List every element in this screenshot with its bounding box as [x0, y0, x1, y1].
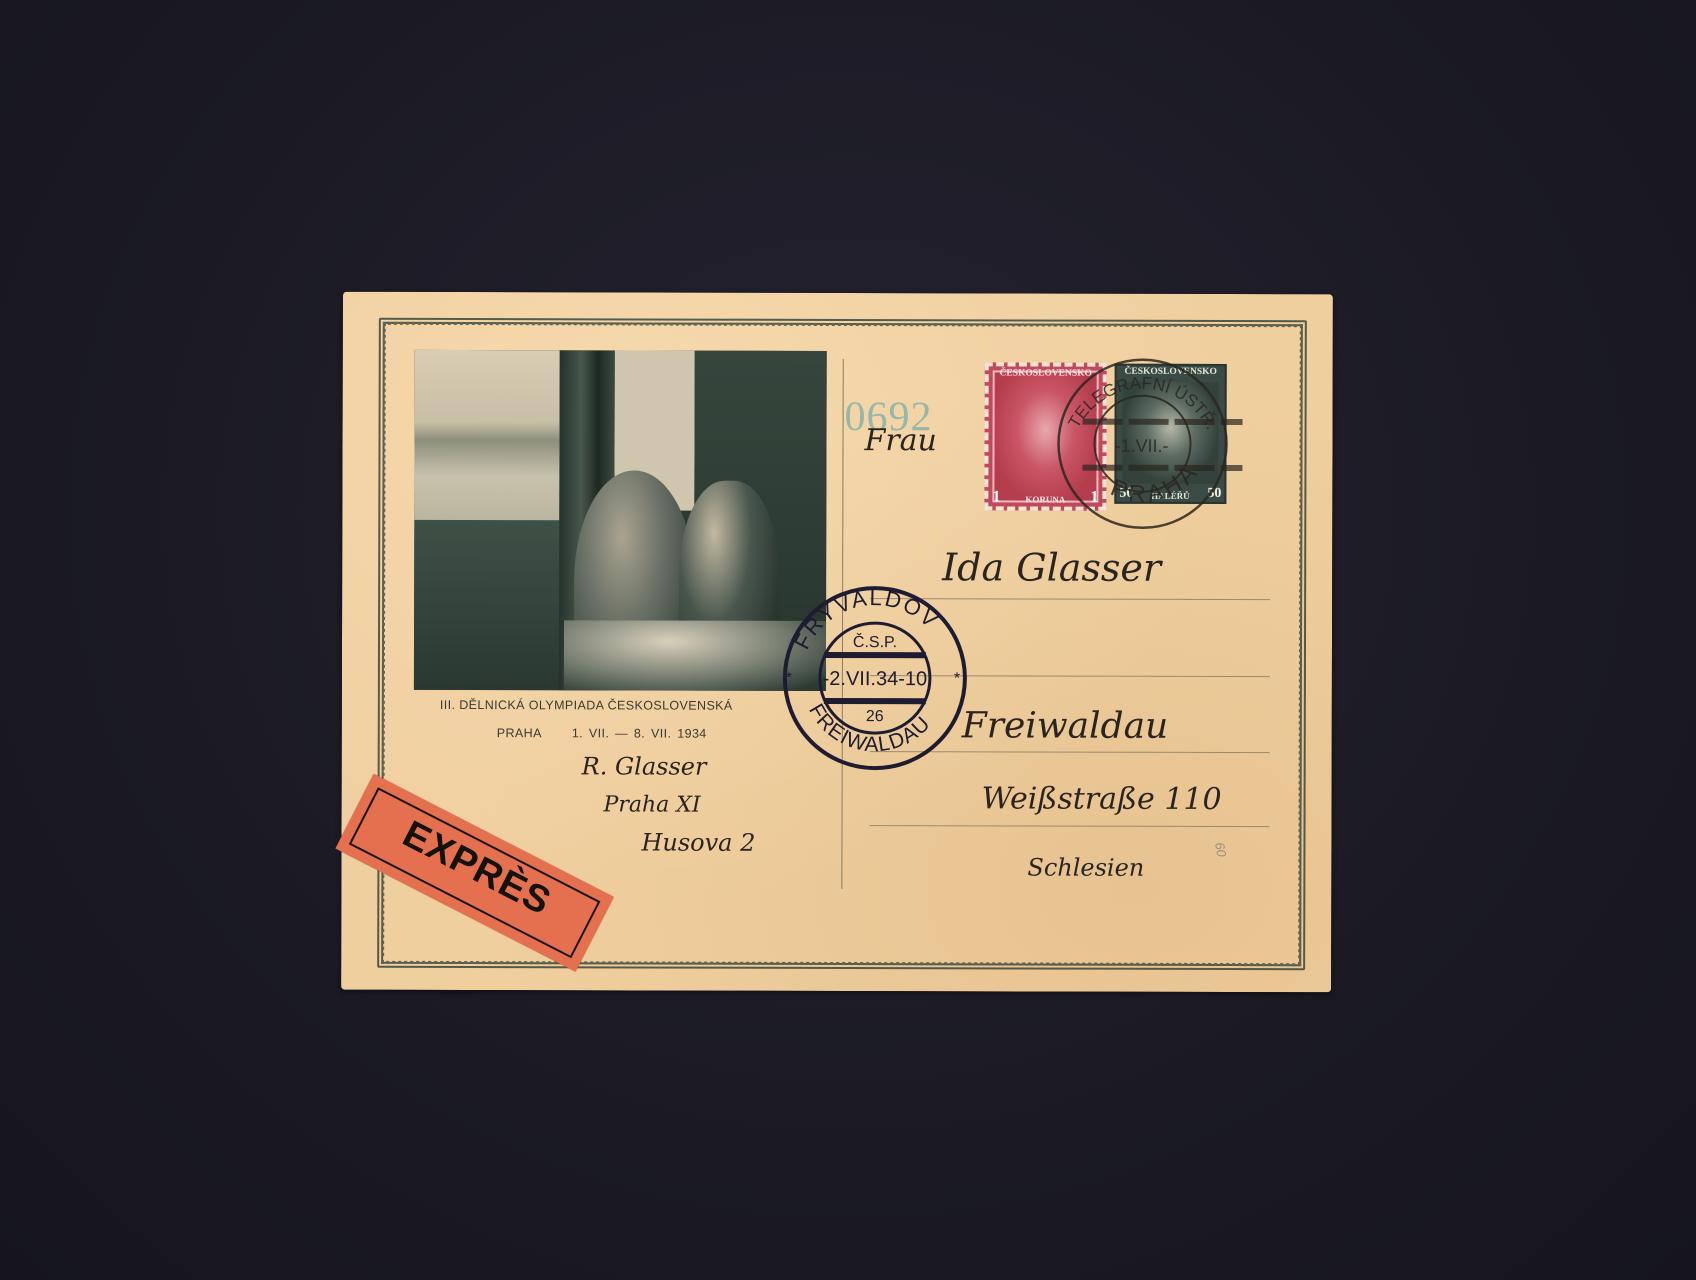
caption-city: PRAHA [497, 726, 542, 740]
recipient-region: Schlesien [1027, 853, 1144, 881]
stamp-1-koruna: ČESKOSLOVENSKO 1 KORUNA 1 [984, 362, 1106, 510]
stamp-50-haleru: ČESKOSLOVENSKO 50 HALÉŘŮ 50 [1114, 364, 1226, 504]
sender-city: Praha XI [604, 792, 701, 817]
pencil-note: 60 [1212, 841, 1229, 858]
recipient-street: Weißstraße 110 [982, 781, 1222, 817]
stamp-country: ČESKOSLOVENSKO [989, 368, 1103, 378]
recipient-name: Ida Glasser [942, 545, 1161, 590]
photo-caption-dates: PRAHA1. VII. — 8. VII. 1934 [497, 726, 707, 741]
stamp-value: 1 [1090, 489, 1098, 507]
stamp-value: 50 [1207, 486, 1221, 502]
photo-president-at-olympiad [414, 350, 827, 691]
sender-street: Husova 2 [641, 828, 755, 856]
recipient-salutation: Frau [864, 423, 936, 458]
stamp-country: ČESKOSLOVENSKO [1117, 367, 1225, 377]
recipient-town: Freiwaldau [962, 705, 1169, 747]
photo-caption-title: III. DĚLNICKÁ OLYMPIADA ČESKOSLOVENSKÁ [440, 698, 733, 713]
caption-date-range: 1. VII. — 8. VII. 1934 [572, 726, 707, 740]
postcard: III. DĚLNICKÁ OLYMPIADA ČESKOSLOVENSKÁ P… [341, 292, 1333, 993]
stamp-denomination: KORUNA [988, 494, 1102, 504]
sender-name: R. Glasser [582, 752, 707, 780]
